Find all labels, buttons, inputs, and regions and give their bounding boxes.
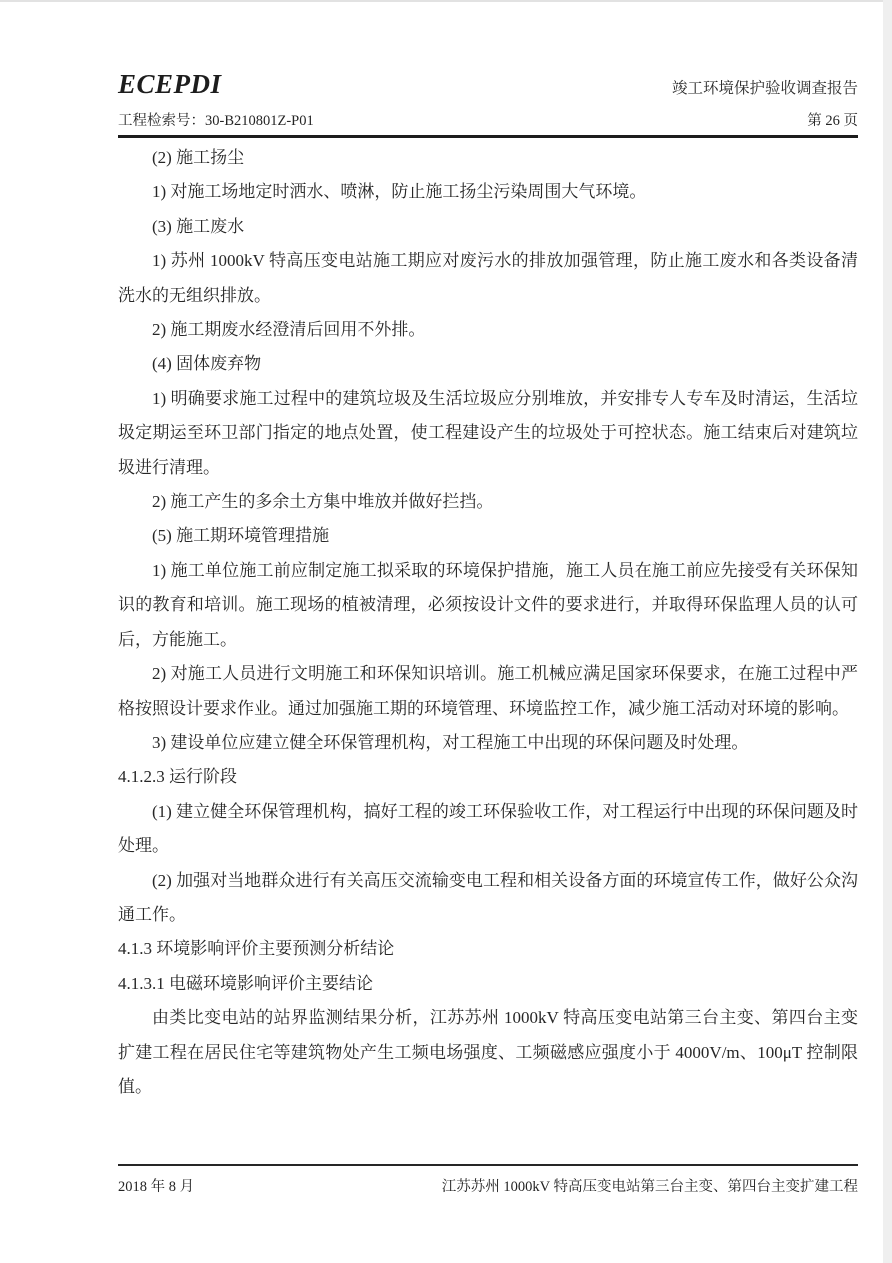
body-paragraph: (2) 施工扬尘: [118, 141, 858, 175]
body-paragraph: (5) 施工期环境管理措施: [118, 519, 858, 553]
page-top-edge: [0, 0, 892, 2]
page-number: 第 26 页: [807, 109, 858, 130]
project-index-number: 工程检索号：30-B210801Z-P01: [118, 109, 314, 130]
section-heading: 4.1.2.3 运行阶段: [118, 760, 858, 794]
body-paragraph: 1) 苏州 1000kV 特高压变电站施工期应对废污水的排放加强管理，防止施工废…: [118, 244, 858, 313]
section-heading: 4.1.3 环境影响评价主要预测分析结论: [118, 932, 858, 966]
body-paragraph: 由类比变电站的站界监测结果分析，江苏苏州 1000kV 特高压变电站第三台主变、…: [118, 1001, 858, 1104]
body-paragraph: 1) 明确要求施工过程中的建筑垃圾及生活垃圾应分别堆放，并安排专人专车及时清运，…: [118, 382, 858, 485]
footer-date: 2018 年 8 月: [118, 1175, 194, 1196]
document-body: (2) 施工扬尘1) 对施工场地定时洒水、喷淋，防止施工扬尘污染周围大气环境。(…: [118, 141, 858, 1104]
body-paragraph: 2) 对施工人员进行文明施工和环保知识培训。施工机械应满足国家环保要求，在施工过…: [118, 657, 858, 726]
company-logo: ECEPDI: [118, 69, 222, 100]
footer-divider: [118, 1164, 858, 1166]
body-paragraph: (1) 建立健全环保管理机构，搞好工程的竣工环保验收工作，对工程运行中出现的环保…: [118, 795, 858, 864]
document-title: 竣工环境保护验收调查报告: [672, 76, 858, 100]
section-heading: 4.1.3.1 电磁环境影响评价主要结论: [118, 967, 858, 1001]
body-paragraph: 1) 施工单位施工前应制定施工拟采取的环境保护措施，施工人员在施工前应先接受有关…: [118, 554, 858, 657]
page-header: ECEPDI 竣工环境保护验收调查报告 工程检索号：30-B210801Z-P0…: [118, 66, 858, 138]
body-paragraph: (4) 固体废弃物: [118, 347, 858, 381]
page-footer: 2018 年 8 月 江苏苏州 1000kV 特高压变电站第三台主变、第四台主变…: [118, 1164, 858, 1196]
body-paragraph: 2) 施工期废水经澄清后回用不外排。: [118, 313, 858, 347]
footer-project-name: 江苏苏州 1000kV 特高压变电站第三台主变、第四台主变扩建工程: [442, 1175, 858, 1196]
header-divider: [118, 135, 858, 138]
body-paragraph: 3) 建设单位应建立健全环保管理机构，对工程施工中出现的环保问题及时处理。: [118, 726, 858, 760]
document-page: { "header": { "logo": "ECEPDI", "doc_tit…: [0, 0, 892, 1263]
page-right-edge: [883, 0, 892, 1263]
body-paragraph: (3) 施工废水: [118, 210, 858, 244]
body-paragraph: 2) 施工产生的多余土方集中堆放并做好拦挡。: [118, 485, 858, 519]
body-paragraph: 1) 对施工场地定时洒水、喷淋，防止施工扬尘污染周围大气环境。: [118, 175, 858, 209]
body-paragraph: (2) 加强对当地群众进行有关高压交流输变电工程和相关设备方面的环境宣传工作，做…: [118, 864, 858, 933]
